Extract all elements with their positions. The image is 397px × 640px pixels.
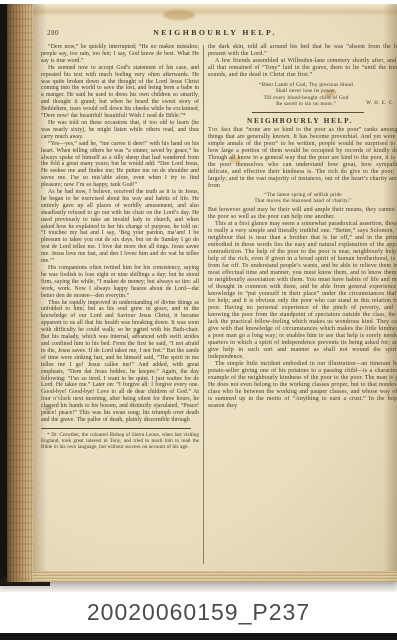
book-photo-frame: 280 NEIGHBOURLY HELP. “Dere now,” he qui… — [0, 0, 397, 640]
page-bottom-edge — [33, 571, 397, 582]
pull-quote: “The latent spring of selfish pride That… — [208, 192, 397, 205]
page-header: 280 NEIGHBOURLY HELP. — [41, 28, 389, 40]
photograph-area: 280 NEIGHBOURLY HELP. “Dere now,” he qui… — [0, 4, 397, 592]
catalog-id: 20020060159_P237 — [87, 599, 310, 626]
opening-text: fact that “none are so kind to the poor … — [208, 127, 397, 189]
left-column: “Dere now,” he quickly interrupted; “He … — [41, 44, 199, 574]
paragraph: the dark skin, told all around his bed t… — [208, 44, 397, 58]
paragraph: A few friends assembled at Willesden-lan… — [208, 58, 397, 79]
paragraph: But however good may be their will and a… — [208, 207, 397, 221]
page-edge-shade — [383, 4, 397, 582]
foxing-stain — [163, 10, 195, 20]
column-divider — [203, 45, 204, 564]
catalog-strip: 20020060159_P237 — [0, 592, 397, 633]
gutter-shade — [33, 4, 47, 582]
paragraph: This at a first glance may seem a somewh… — [208, 221, 397, 361]
section-heading: NEIGHBOURLY HELP. — [208, 117, 392, 124]
quote-line: That moves the blazoned hand of charity.… — [208, 198, 397, 204]
page-stack-edge — [7, 4, 33, 582]
book-page: 280 NEIGHBOURLY HELP. “Dere now,” he qui… — [33, 4, 397, 582]
paragraph: “Dere now,” he quickly interrupted; “He … — [41, 44, 199, 65]
bottom-black-bar — [0, 633, 397, 640]
paragraph: Thus he rapidly improved in understandin… — [41, 300, 199, 424]
paragraph-article-opening: The fact that “none are so kind to the p… — [208, 127, 397, 190]
footnote: * Dr. Crowther, the coloured Bishop of S… — [41, 432, 199, 450]
paragraph: As he had now, I believe, received the t… — [41, 189, 199, 265]
page-top-edge — [33, 4, 397, 16]
footnote-rule — [41, 428, 191, 429]
paragraph: “Yes—yes,” said he, “me carree it dere!”… — [41, 141, 199, 189]
section-rule — [252, 112, 364, 113]
hymn-verse: “Blest Lamb of God, Thy precious blood S… — [208, 82, 397, 107]
book: 280 NEIGHBOURLY HELP. “Dere now,” he qui… — [7, 4, 397, 582]
paragraph: The simple little incident embodied in o… — [208, 361, 397, 410]
right-column: the dark skin, told all around his bed t… — [208, 44, 397, 574]
running-title: NEIGHBOURLY HELP. — [41, 28, 389, 37]
text-columns: “Dere now,” he quickly interrupted; “He … — [41, 44, 397, 574]
paragraph: He was told on these occasions that, if … — [41, 120, 199, 141]
paragraph: His companions often twitted him for his… — [41, 265, 199, 300]
opening-small-caps: The — [208, 127, 218, 133]
paragraph: He seemed now to accept God’s statement … — [41, 65, 199, 120]
